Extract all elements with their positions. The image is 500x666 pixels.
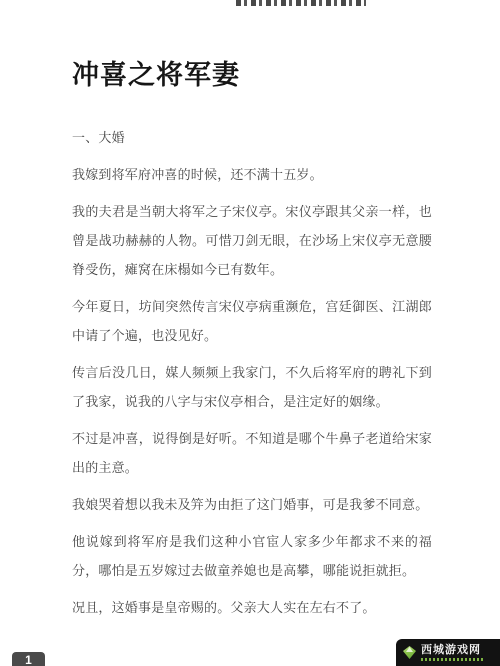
paragraph: 不过是冲喜，说得倒是好听。不知道是哪个牛鼻子老道给宋家出的主意。 <box>72 424 432 482</box>
paragraph: 传言后没几日，媒人频频上我家门，不久后将军府的聘礼下到了我家，说我的八字与宋仪亭… <box>72 358 432 416</box>
article-body: 一、大婚 我嫁到将军府冲喜的时候，还不满十五岁。 我的夫君是当朝大将军之子宋仪亭… <box>72 123 432 622</box>
watermark-text-column: 西城游戏网 <box>421 644 483 661</box>
clipped-text-marks <box>236 0 366 6</box>
paragraph: 我娘哭着想以我未及笄为由拒了这门婚事，可是我爹不同意。 <box>72 490 432 519</box>
clipped-text-remnant <box>236 0 366 7</box>
section-heading: 一、大婚 <box>72 123 432 152</box>
paragraph: 况且，这婚事是皇帝赐的。父亲大人实在左右不了。 <box>72 593 432 622</box>
page-number-badge: 1 <box>12 652 45 666</box>
watermark-site-name: 西城游戏网 <box>421 644 483 656</box>
watermark-subtext-line <box>421 658 483 661</box>
article-title: 冲喜之将军妻 <box>72 58 432 92</box>
paragraph: 今年夏日，坊间突然传言宋仪亭病重濒危，宫廷御医、江湖郎中请了个遍，也没见好。 <box>72 292 432 350</box>
gem-logo-icon <box>402 645 417 660</box>
paragraph: 我嫁到将军府冲喜的时候，还不满十五岁。 <box>72 160 432 189</box>
article: 冲喜之将军妻 一、大婚 我嫁到将军府冲喜的时候，还不满十五岁。 我的夫君是当朝大… <box>72 58 432 630</box>
paragraph: 我的夫君是当朝大将军之子宋仪亭。宋仪亭跟其父亲一样，也曾是战功赫赫的人物。可惜刀… <box>72 197 432 284</box>
paragraph: 他说嫁到将军府是我们这种小官宦人家多少年都求不来的福分，哪怕是五岁嫁过去做童养媳… <box>72 527 432 585</box>
site-watermark: 西城游戏网 <box>396 639 500 666</box>
